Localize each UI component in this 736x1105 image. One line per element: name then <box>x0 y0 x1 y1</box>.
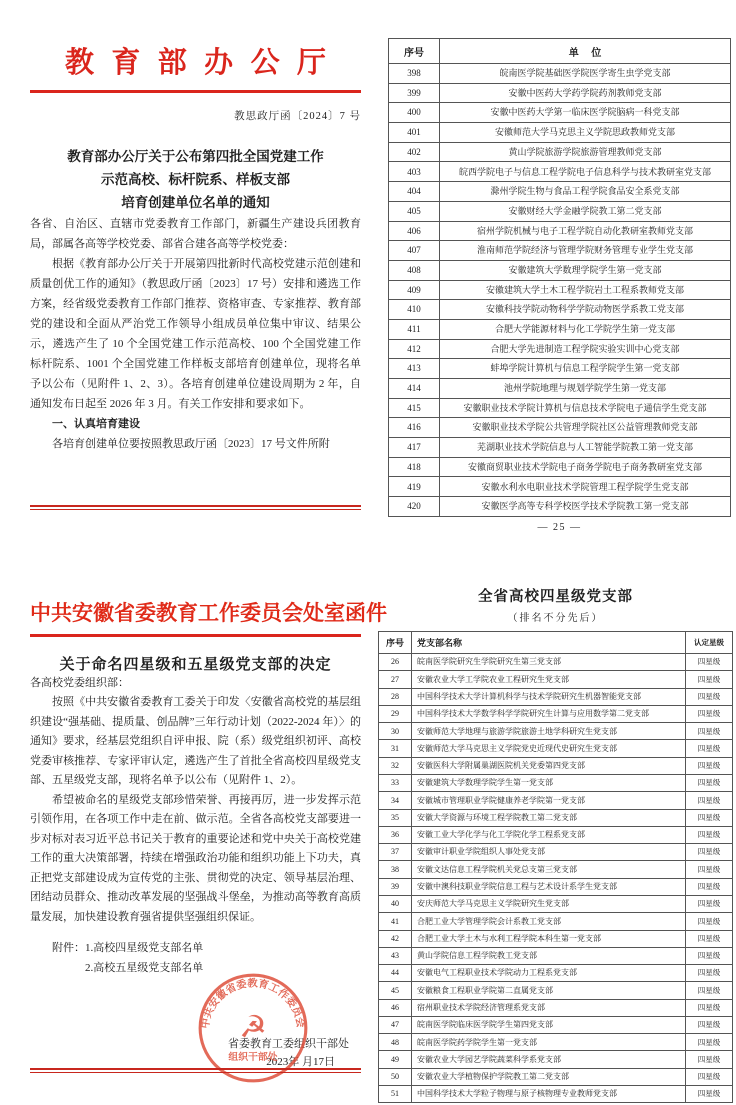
cell-serial: 29 <box>379 705 412 722</box>
cell-serial: 36 <box>379 826 412 843</box>
cell-branch-name: 皖南医学院药学院学生第一党支部 <box>412 1034 686 1051</box>
table-row: 417芜湖职业技术学院信息与人工智能学院教工第一党支部 <box>389 438 731 458</box>
cell-serial: 37 <box>379 844 412 861</box>
cell-serial: 34 <box>379 792 412 809</box>
table-row: 44安徽电气工程职业技术学院动力工程系党支部四星级 <box>379 965 733 982</box>
cell-star-level: 四星级 <box>686 688 733 705</box>
cell-star-level: 四星级 <box>686 930 733 947</box>
table-row: 43黄山学院信息工程学院教工党支部四星级 <box>379 947 733 964</box>
cell-star-level: 四星级 <box>686 844 733 861</box>
cell-branch-name: 黄山学院信息工程学院教工党支部 <box>412 947 686 964</box>
cell-unit: 合肥大学先进制造工程学院实验实训中心党支部 <box>440 339 731 359</box>
cell-unit: 安徽职业技术学院计算机与信息技术学院电子通信学生党支部 <box>440 398 731 418</box>
cell-serial: 42 <box>379 930 412 947</box>
moe-notice-document: 教育部办公厅 教思政厅函〔2024〕7 号 教育部办公厅关于公布第四批全国党建工… <box>30 40 361 518</box>
cell-star-level: 四星级 <box>686 723 733 740</box>
cell-serial: 412 <box>389 339 440 359</box>
cell-serial: 413 <box>389 359 440 379</box>
page-number: — 25 — <box>388 522 731 533</box>
cell-serial: 32 <box>379 757 412 774</box>
table-row: 408安徽建筑大学数理学院学生第一党支部 <box>389 260 731 280</box>
cell-branch-name: 安徽农业大学工学院农业工程研究生党支部 <box>412 671 686 688</box>
table-row: 413蚌埠学院计算机与信息工程学院学生第一党支部 <box>389 359 731 379</box>
cell-star-level: 四星级 <box>686 654 733 671</box>
table-row: 30安徽师范大学地理与旅游学院旅游土地学科研究生党支部四星级 <box>379 723 733 740</box>
table-row: 51中国科学技术大学粒子物理与原子核物理专业教师党支部四星级 <box>379 1086 733 1103</box>
hammer-sickle-icon: ☭ <box>239 1009 267 1044</box>
table-row: 415安徽职业技术学院计算机与信息技术学院电子通信学生党支部 <box>389 398 731 418</box>
table-row: 406宿州学院机械与电子工程学院自动化教研室教师党支部 <box>389 221 731 241</box>
cell-star-level: 四星级 <box>686 1086 733 1103</box>
table-row: 399安徽中医药大学药学院药剂教师党支部 <box>389 83 731 103</box>
table-row: 410安徽科技学院动物科学学院动物医学系教工党支部 <box>389 300 731 320</box>
four-star-table-body: 26皖南医学院研究生学院研究生第三党支部四星级27安徽农业大学工学院农业工程研究… <box>379 654 733 1103</box>
table-row: 402黄山学院旅游学院旅游管理教师党支部 <box>389 142 731 162</box>
table-row: 405安徽财经大学金融学院教工第二党支部 <box>389 201 731 221</box>
cell-unit: 安徽中医药大学药学院药剂教师党支部 <box>440 83 731 103</box>
notice-title-line: 示范高校、标杆院系、样板支部 <box>30 168 361 191</box>
table-row: 407淮南师范学院经济与管理学院财务管理专业学生党支部 <box>389 241 731 261</box>
cell-star-level: 四星级 <box>686 740 733 757</box>
cell-serial: 407 <box>389 241 440 261</box>
scanned-documents-page: 教育部办公厅 教思政厅函〔2024〕7 号 教育部办公厅关于公布第四批全国党建工… <box>0 0 736 1105</box>
cell-unit: 合肥大学能源材料与化工学院学生第一党支部 <box>440 319 731 339</box>
cell-serial: 416 <box>389 418 440 438</box>
cell-unit: 安徽商贸职业技术学院电子商务学院电子商务教研室党支部 <box>440 457 731 477</box>
cell-star-level: 四星级 <box>686 809 733 826</box>
seal-bottom-text: 组织干部处 <box>228 1050 277 1063</box>
cell-serial: 50 <box>379 1068 412 1085</box>
table-row: 47皖南医学院临床医学院学生第四党支部四星级 <box>379 1016 733 1033</box>
table-row: 420安徽医学高等专科学校医学技术学院教工第一党支部 <box>389 497 731 517</box>
body-paragraph: 希望被命名的星级党支部珍惜荣誉、再接再厉，进一步发挥示范引领作用，在各项工作中走… <box>30 791 361 928</box>
cell-branch-name: 安徽中澳科技职业学院信息工程与艺术设计系学生党支部 <box>412 878 686 895</box>
cell-star-level: 四星级 <box>686 999 733 1016</box>
cell-serial: 26 <box>379 654 412 671</box>
table-row: 36安徽工业大学化学与化工学院化学工程系党支部四星级 <box>379 826 733 843</box>
cell-unit: 安徽医学高等专科学校医学技术学院教工第一党支部 <box>440 497 731 517</box>
cell-unit: 皖南医学院基础医学院医学寄生虫学党支部 <box>440 64 731 84</box>
cell-branch-name: 中国科学技术大学粒子物理与原子核物理专业教师党支部 <box>412 1086 686 1103</box>
cell-serial: 410 <box>389 300 440 320</box>
cell-star-level: 四星级 <box>686 1034 733 1051</box>
unit-table-body: 398皖南医学院基础医学院医学寄生虫学党支部399安徽中医药大学药学院药剂教师党… <box>389 64 731 517</box>
cell-star-level: 四星级 <box>686 947 733 964</box>
table-row: 49安徽农业大学园艺学院蔬菜科学系党支部四星级 <box>379 1051 733 1068</box>
col-branch-name-header: 党支部名称 <box>412 632 686 654</box>
table-row: 48皖南医学院药学院学生第一党支部四星级 <box>379 1034 733 1051</box>
cell-serial: 411 <box>389 319 440 339</box>
cell-serial: 419 <box>389 477 440 497</box>
header-divider <box>30 90 361 93</box>
table-row: 31安徽师范大学马克思主义学院党史近现代史研究生党支部四星级 <box>379 740 733 757</box>
decision-title: 关于命名四星级和五星级党支部的决定 <box>30 653 361 674</box>
cell-branch-name: 中国科学技术大学数学科学学院研究生计算与应用数学第二党支部 <box>412 705 686 722</box>
cell-star-level: 四星级 <box>686 965 733 982</box>
table-row: 398皖南医学院基础医学院医学寄生虫学党支部 <box>389 64 731 84</box>
cell-serial: 49 <box>379 1051 412 1068</box>
cell-unit: 安徽中医药大学第一临床医学院脑病一科党支部 <box>440 103 731 123</box>
salutation: 各高校党委组织部： <box>30 674 361 694</box>
page-footer-rule <box>30 505 361 510</box>
cell-unit: 淮南师范学院经济与管理学院财务管理专业学生党支部 <box>440 241 731 261</box>
cell-serial: 399 <box>389 83 440 103</box>
cell-serial: 28 <box>379 688 412 705</box>
table-row: 28中国科学技术大学计算机科学与技术学院研究生机器智能党支部四星级 <box>379 688 733 705</box>
cell-serial: 420 <box>389 497 440 517</box>
cell-serial: 415 <box>389 398 440 418</box>
provincial-letter-document: 中共安徽省委教育工作委员会处室函件 关于命名四星级和五星级党支部的决定 各高校党… <box>30 585 361 1105</box>
banner-divider <box>30 634 361 637</box>
table-row: 401安徽师范大学马克思主义学院思政教师党支部 <box>389 123 731 143</box>
cell-branch-name: 安徽审计职业学院组织人事处党支部 <box>412 844 686 861</box>
cell-branch-name: 安徽医科大学附属巢湖医院机关党委第四党支部 <box>412 757 686 774</box>
cell-branch-name: 安徽建筑大学数理学院学生第一党支部 <box>412 774 686 791</box>
cell-star-level: 四星级 <box>686 861 733 878</box>
cell-star-level: 四星级 <box>686 792 733 809</box>
col-unit-header: 单 位 <box>440 39 731 64</box>
cell-serial: 27 <box>379 671 412 688</box>
table-row: 27安徽农业大学工学院农业工程研究生党支部四星级 <box>379 671 733 688</box>
cell-branch-name: 合肥工业大学土木与水利工程学院本科生第一党支部 <box>412 930 686 947</box>
table-row: 419安徽水利水电职业技术学院管理工程学院学生党支部 <box>389 477 731 497</box>
table-row: 411合肥大学能源材料与化工学院学生第一党支部 <box>389 319 731 339</box>
table-row: 414池州学院地理与规划学院学生第一党支部 <box>389 379 731 399</box>
cell-unit: 宿州学院机械与电子工程学院自动化教研室教师党支部 <box>440 221 731 241</box>
cell-unit: 黄山学院旅游学院旅游管理教师党支部 <box>440 142 731 162</box>
cell-serial: 401 <box>389 123 440 143</box>
cell-serial: 39 <box>379 878 412 895</box>
table-row: 45安徽粮食工程职业学院第二直属党支部四星级 <box>379 982 733 999</box>
table-row: 42合肥工业大学土木与水利工程学院本科生第一党支部四星级 <box>379 930 733 947</box>
four-star-table: 序号 党支部名称 认定星级 26皖南医学院研究生学院研究生第三党支部四星级27安… <box>378 631 733 1103</box>
section-heading: 一、认真培育建设 <box>30 414 361 434</box>
table-row: 412合肥大学先进制造工程学院实验实训中心党支部 <box>389 339 731 359</box>
table-row: 33安徽建筑大学数理学院学生第一党支部四星级 <box>379 774 733 791</box>
cell-star-level: 四星级 <box>686 878 733 895</box>
table-row: 37安徽审计职业学院组织人事处党支部四星级 <box>379 844 733 861</box>
cell-branch-name: 皖南医学院临床医学院学生第四党支部 <box>412 1016 686 1033</box>
cell-unit: 安徽财经大学金融学院教工第二党支部 <box>440 201 731 221</box>
table-row: 40安庆师范大学马克思主义学院研究生党支部四星级 <box>379 895 733 912</box>
table-row: 39安徽中澳科技职业学院信息工程与艺术设计系学生党支部四星级 <box>379 878 733 895</box>
table-header-row: 序号 党支部名称 认定星级 <box>379 632 733 654</box>
cell-star-level: 四星级 <box>686 774 733 791</box>
cell-star-level: 四星级 <box>686 913 733 930</box>
cell-branch-name: 安徽师范大学地理与旅游学院旅游土地学科研究生党支部 <box>412 723 686 740</box>
table-row: 41合肥工业大学管理学院会计系教工党支部四星级 <box>379 913 733 930</box>
cell-star-level: 四星级 <box>686 1068 733 1085</box>
cell-serial: 403 <box>389 162 440 182</box>
cell-branch-name: 安徽工业大学化学与化工学院化学工程系党支部 <box>412 826 686 843</box>
cell-unit: 安徽师范大学马克思主义学院思政教师党支部 <box>440 123 731 143</box>
salutation: 各省、自治区、直辖市党委教育工作部门，新疆生产建设兵团教育局，部属各高等学校党委… <box>30 214 361 254</box>
notice-title-line: 教育部办公厅关于公布第四批全国党建工作 <box>30 145 361 168</box>
cell-serial: 402 <box>389 142 440 162</box>
cell-branch-name: 安徽电气工程职业技术学院动力工程系党支部 <box>412 965 686 982</box>
cell-serial: 46 <box>379 999 412 1016</box>
cell-branch-name: 安庆师范大学马克思主义学院研究生党支部 <box>412 895 686 912</box>
table-row: 404滁州学院生物与食品工程学院食品安全系党支部 <box>389 182 731 202</box>
cell-star-level: 四星级 <box>686 826 733 843</box>
cell-star-level: 四星级 <box>686 705 733 722</box>
table-row: 29中国科学技术大学数学科学学院研究生计算与应用数学第二党支部四星级 <box>379 705 733 722</box>
cell-unit: 安徽建筑大学土木工程学院岩土工程系教师党支部 <box>440 280 731 300</box>
table-row: 34安徽城市管理职业学院健康养老学院第一党支部四星级 <box>379 792 733 809</box>
cell-star-level: 四星级 <box>686 1016 733 1033</box>
cell-serial: 398 <box>389 64 440 84</box>
cell-serial: 48 <box>379 1034 412 1051</box>
cell-unit: 安徽水利水电职业技术学院管理工程学院学生党支部 <box>440 477 731 497</box>
notice-title: 教育部办公厅关于公布第四批全国党建工作 示范高校、标杆院系、样板支部 培育创建单… <box>30 145 361 214</box>
table-row: 38安徽文达信息工程学院机关党总支第三党支部四星级 <box>379 861 733 878</box>
cell-star-level: 四星级 <box>686 671 733 688</box>
col-serial-header: 序号 <box>379 632 412 654</box>
cell-star-level: 四星级 <box>686 982 733 999</box>
table-row: 416安徽职业技术学院公共管理学院社区公益管理教师党支部 <box>389 418 731 438</box>
cell-serial: 418 <box>389 457 440 477</box>
unit-list-page: 序号 单 位 398皖南医学院基础医学院医学寄生虫学党支部399安徽中医药大学药… <box>388 38 731 533</box>
doc-header-title: 教育部办公厅 <box>30 40 361 81</box>
cell-serial: 51 <box>379 1086 412 1103</box>
cell-serial: 408 <box>389 260 440 280</box>
cell-star-level: 四星级 <box>686 757 733 774</box>
cell-branch-name: 安徽农业大学园艺学院蔬菜科学系党支部 <box>412 1051 686 1068</box>
cell-unit: 池州学院地理与规划学院学生第一党支部 <box>440 379 731 399</box>
cell-serial: 404 <box>389 182 440 202</box>
cell-serial: 414 <box>389 379 440 399</box>
cell-star-level: 四星级 <box>686 1051 733 1068</box>
cell-branch-name: 中国科学技术大学计算机科学与技术学院研究生机器智能党支部 <box>412 688 686 705</box>
col-star-level-header: 认定星级 <box>686 632 733 654</box>
body-paragraph: 各培育创建单位要按照教思政厅函〔2023〕17 号文件所附 <box>30 434 361 454</box>
cell-branch-name: 宿州职业技术学院经济管理系党支部 <box>412 999 686 1016</box>
unit-table: 序号 单 位 398皖南医学院基础医学院医学寄生虫学党支部399安徽中医药大学药… <box>388 38 731 517</box>
attachment-line: 附件：1.高校四星级党支部名单 <box>30 939 361 959</box>
cell-serial: 30 <box>379 723 412 740</box>
table-header-row: 序号 单 位 <box>389 39 731 64</box>
cell-serial: 41 <box>379 913 412 930</box>
cell-unit: 安徽科技学院动物科学学院动物医学系教工党支部 <box>440 300 731 320</box>
cell-branch-name: 安徽粮食工程职业学院第二直属党支部 <box>412 982 686 999</box>
cell-serial: 40 <box>379 895 412 912</box>
notice-title-line: 培育创建单位名单的通知 <box>30 191 361 214</box>
cell-branch-name: 安徽城市管理职业学院健康养老学院第一党支部 <box>412 792 686 809</box>
table-row: 46宿州职业技术学院经济管理系党支部四星级 <box>379 999 733 1016</box>
table-row: 32安徽医科大学附属巢湖医院机关党委第四党支部四星级 <box>379 757 733 774</box>
table-row: 400安徽中医药大学第一临床医学院脑病一科党支部 <box>389 103 731 123</box>
page-footer-rule <box>30 1068 361 1073</box>
doc-number: 教思政厅函〔2024〕7 号 <box>30 108 361 123</box>
cell-unit: 芜湖职业技术学院信息与人工智能学院教工第一党支部 <box>440 438 731 458</box>
cell-serial: 35 <box>379 809 412 826</box>
cell-serial: 33 <box>379 774 412 791</box>
cell-unit: 皖西学院电子与信息工程学院电子信息科学与技术教研室党支部 <box>440 162 731 182</box>
body-paragraph: 根据《教育部办公厅关于开展第四批新时代高校党建示范创建和质量创优工作的通知》（教… <box>30 254 361 414</box>
cell-serial: 400 <box>389 103 440 123</box>
cell-serial: 406 <box>389 221 440 241</box>
cell-serial: 417 <box>389 438 440 458</box>
cell-serial: 43 <box>379 947 412 964</box>
table-row: 26皖南医学院研究生学院研究生第三党支部四星级 <box>379 654 733 671</box>
table-row: 409安徽建筑大学土木工程学院岩土工程系教师党支部 <box>389 280 731 300</box>
list-subtitle: （排名不分先后） <box>378 609 733 624</box>
cell-serial: 45 <box>379 982 412 999</box>
letterhead-banner: 中共安徽省委教育工作委员会处室函件 <box>30 597 361 627</box>
cell-serial: 44 <box>379 965 412 982</box>
cell-branch-name: 安徽师范大学马克思主义学院党史近现代史研究生党支部 <box>412 740 686 757</box>
col-serial-header: 序号 <box>389 39 440 64</box>
cell-serial: 31 <box>379 740 412 757</box>
cell-branch-name: 安徽农业大学植物保护学院教工第二党支部 <box>412 1068 686 1085</box>
body-paragraph: 按照《中共安徽省委教育工委关于印发〈安徽省高校党的基层组织建设“强基础、提质量、… <box>30 693 361 791</box>
cell-branch-name: 安徽文达信息工程学院机关党总支第三党支部 <box>412 861 686 878</box>
four-star-list-page: 全省高校四星级党支部 （排名不分先后） 序号 党支部名称 认定星级 26皖南医学… <box>378 585 733 1103</box>
table-row: 403皖西学院电子与信息工程学院电子信息科学与技术教研室党支部 <box>389 162 731 182</box>
cell-branch-name: 安徽大学资源与环境工程学院教工第二党支部 <box>412 809 686 826</box>
cell-serial: 405 <box>389 201 440 221</box>
table-row: 50安徽农业大学植物保护学院教工第二党支部四星级 <box>379 1068 733 1085</box>
cell-unit: 安徽建筑大学数理学院学生第一党支部 <box>440 260 731 280</box>
cell-unit: 滁州学院生物与食品工程学院食品安全系党支部 <box>440 182 731 202</box>
table-row: 35安徽大学资源与环境工程学院教工第二党支部四星级 <box>379 809 733 826</box>
cell-branch-name: 皖南医学院研究生学院研究生第三党支部 <box>412 654 686 671</box>
cell-star-level: 四星级 <box>686 895 733 912</box>
cell-serial: 409 <box>389 280 440 300</box>
cell-branch-name: 合肥工业大学管理学院会计系教工党支部 <box>412 913 686 930</box>
cell-serial: 47 <box>379 1016 412 1033</box>
list-title: 全省高校四星级党支部 <box>378 585 733 606</box>
cell-unit: 蚌埠学院计算机与信息工程学院学生第一党支部 <box>440 359 731 379</box>
cell-unit: 安徽职业技术学院公共管理学院社区公益管理教师党支部 <box>440 418 731 438</box>
cell-serial: 38 <box>379 861 412 878</box>
table-row: 418安徽商贸职业技术学院电子商务学院电子商务教研室党支部 <box>389 457 731 477</box>
